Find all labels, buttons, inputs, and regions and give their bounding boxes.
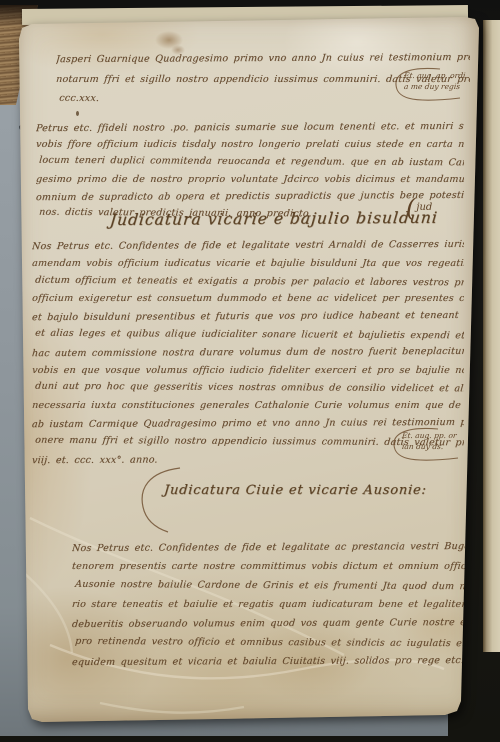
handwritten-line: rio stare teneatis et baiulie et regatis… xyxy=(72,595,470,614)
handwritten-line: locum teneri duplici commitenda reuocand… xyxy=(38,152,464,172)
handwritten-line: et alias leges et quibus alique iudicial… xyxy=(34,325,464,345)
parchment-surface: Jasperi Guarnique Quadragesimo primo vno… xyxy=(12,13,482,723)
handwritten-line: necessaria iuxta constituciones generale… xyxy=(32,397,464,415)
section-heading-ausona: Judicatura Ciuie et vicarie Ausonie: xyxy=(163,483,427,498)
margin-note-text: Et. aug. ap. ordia me duy regis xyxy=(404,70,465,92)
margin-note-1: Et. aug. ap. ordia me duy regis xyxy=(390,65,476,107)
margin-note-2: Et. aug. pp. orian duy ds. xyxy=(388,425,474,467)
handwritten-line: ian duy ds. xyxy=(401,441,457,452)
manuscript-page: Jasperi Guarnique Quadragesimo primo vno… xyxy=(12,13,482,723)
handwritten-line: Et. aug. pp. or xyxy=(401,430,457,441)
handwritten-line: Petrus etc. ffideli nostro .po. panicis … xyxy=(36,119,464,137)
handwritten-line: a me duy regis xyxy=(403,81,466,92)
handwritten-line: Nos Petrus etc. Confidentes de fide et l… xyxy=(32,237,464,256)
paragraph-block-2: Petrus etc. ffideli nostro .po. panicis … xyxy=(36,119,464,222)
handwritten-line: pro retinenda vestro officio et omnibus … xyxy=(74,632,470,653)
handwritten-line: Nos Petrus etc. Confidentes de fide et l… xyxy=(72,538,470,558)
handwritten-line: officium exigeretur est consuetum dummod… xyxy=(32,290,464,308)
handwritten-line: amendam vobis officium iudicatus vicarie… xyxy=(32,255,464,273)
bracket-flourish: ( xyxy=(406,194,415,222)
heading-side-mark: (jud xyxy=(406,194,432,222)
handwritten-line: vobis ffore officium iudicis tisdaly nos… xyxy=(36,136,464,153)
margin-note-text: Et. aug. pp. orian duy ds. xyxy=(402,430,457,452)
handwritten-line: Ausonie nostre baiulie Cardone de Grinis… xyxy=(74,575,470,596)
handwritten-line: dictum officium et teneatis et exigatis … xyxy=(34,271,464,291)
handwritten-line: hac autem commissione nostra durare volu… xyxy=(32,343,464,363)
handwritten-line: equidem quesitum et vicaria et baiulia C… xyxy=(72,651,470,671)
heading-side-mark-label: jud xyxy=(416,202,432,213)
handwritten-line: tenorem presentis carte nostre committim… xyxy=(72,557,470,576)
handwritten-line: debueritis obseruando volumus enim quod … xyxy=(72,613,470,634)
handwritten-line: vobis en que vosque volumus officio iudi… xyxy=(32,362,464,380)
paragraph-block-4: Nos Petrus etc. Confidentes de fide et l… xyxy=(72,538,470,671)
ink-mark xyxy=(76,111,79,116)
section-heading-besalu: Judicatura vicarie e bajulio bisulduni xyxy=(109,209,439,229)
large-bracket-flourish-icon xyxy=(136,465,188,535)
photographed-manuscript-scene: Jasperi Guarnique Quadragesimo primo vno… xyxy=(0,0,500,742)
handwritten-line: duni aut pro hoc que gesseritis vices no… xyxy=(34,378,464,398)
next-folio-sliver xyxy=(483,20,500,652)
handwritten-line: Et. aug. ap. ordi xyxy=(403,70,466,81)
handwritten-line: gesimo primo die de nostro proprio volun… xyxy=(36,171,464,188)
